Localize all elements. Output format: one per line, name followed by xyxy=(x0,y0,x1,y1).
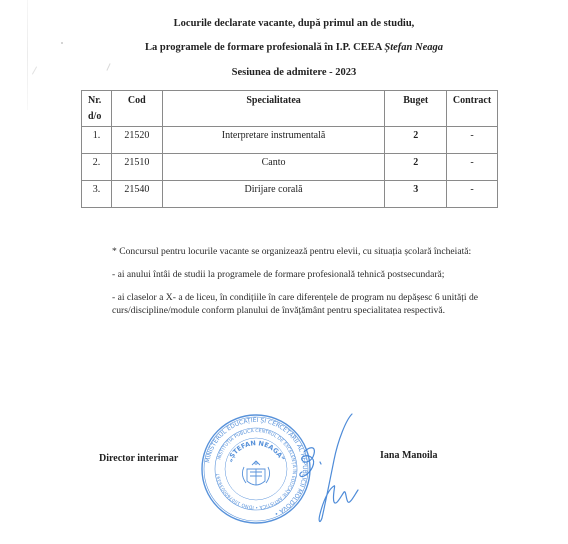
header-nr: Nr.d/o xyxy=(82,91,112,127)
header-specialitatea: Specialitatea xyxy=(162,91,385,127)
cell-contract: - xyxy=(447,127,498,154)
signatory-role: Director interimar xyxy=(99,453,178,464)
cell-contract: - xyxy=(447,181,498,208)
table-row: 2. 21510 Canto 2 - xyxy=(82,154,498,181)
cell-nr: 2. xyxy=(82,154,112,181)
admission-notes: * Concursul pentru locurile vacante se o… xyxy=(112,245,552,327)
cell-buget: 3 xyxy=(385,181,447,208)
admission-session: Sesiunea de admitere - 2023 xyxy=(10,67,568,78)
coat-of-arms-icon xyxy=(242,461,269,485)
cell-cod: 21540 xyxy=(111,181,162,208)
cell-specialitatea: Dirijare corală xyxy=(162,181,385,208)
table-header-row: Nr.d/o Cod Specialitatea Buget Contract xyxy=(82,91,498,127)
header-buget: Buget xyxy=(385,91,447,127)
cell-contract: - xyxy=(447,154,498,181)
note-item: - ai claselor a X- a de liceu, în condiț… xyxy=(112,291,512,317)
table-row: 1. 21520 Interpretare instrumentală 2 - xyxy=(82,127,498,154)
header-nr-line2: d/o xyxy=(88,111,101,122)
table-row: 3. 21540 Dirijare corală 3 - xyxy=(82,181,498,208)
handwritten-signature-icon xyxy=(290,410,370,530)
cell-cod: 21520 xyxy=(111,127,162,154)
cell-nr: 3. xyxy=(82,181,112,208)
document-title: Locurile declarate vacante, după primul … xyxy=(10,18,568,29)
signatory-name: Iana Manoila xyxy=(380,450,438,461)
header-nr-line1: Nr. xyxy=(88,95,101,106)
cell-nr: 1. xyxy=(82,127,112,154)
scan-artifact-line xyxy=(27,0,28,110)
cell-specialitatea: Canto xyxy=(162,154,385,181)
note-intro: * Concursul pentru locurile vacante se o… xyxy=(112,245,552,258)
cell-buget: 2 xyxy=(385,154,447,181)
cell-cod: 21510 xyxy=(111,154,162,181)
stamp-center-text: „ȘTEFAN NEAGA” xyxy=(225,439,286,463)
document-subtitle: La programele de formare profesională în… xyxy=(10,42,568,53)
cell-buget: 2 xyxy=(385,127,447,154)
note-item: - ai anului întâi de studii la programel… xyxy=(112,268,552,281)
institution-name: Ștefan Neaga xyxy=(384,42,443,53)
vacancies-table: Nr.d/o Cod Specialitatea Buget Contract … xyxy=(81,90,498,208)
cell-specialitatea: Interpretare instrumentală xyxy=(162,127,385,154)
header-contract: Contract xyxy=(447,91,498,127)
subtitle-prefix: La programele de formare profesională în… xyxy=(145,42,384,53)
header-cod: Cod xyxy=(111,91,162,127)
